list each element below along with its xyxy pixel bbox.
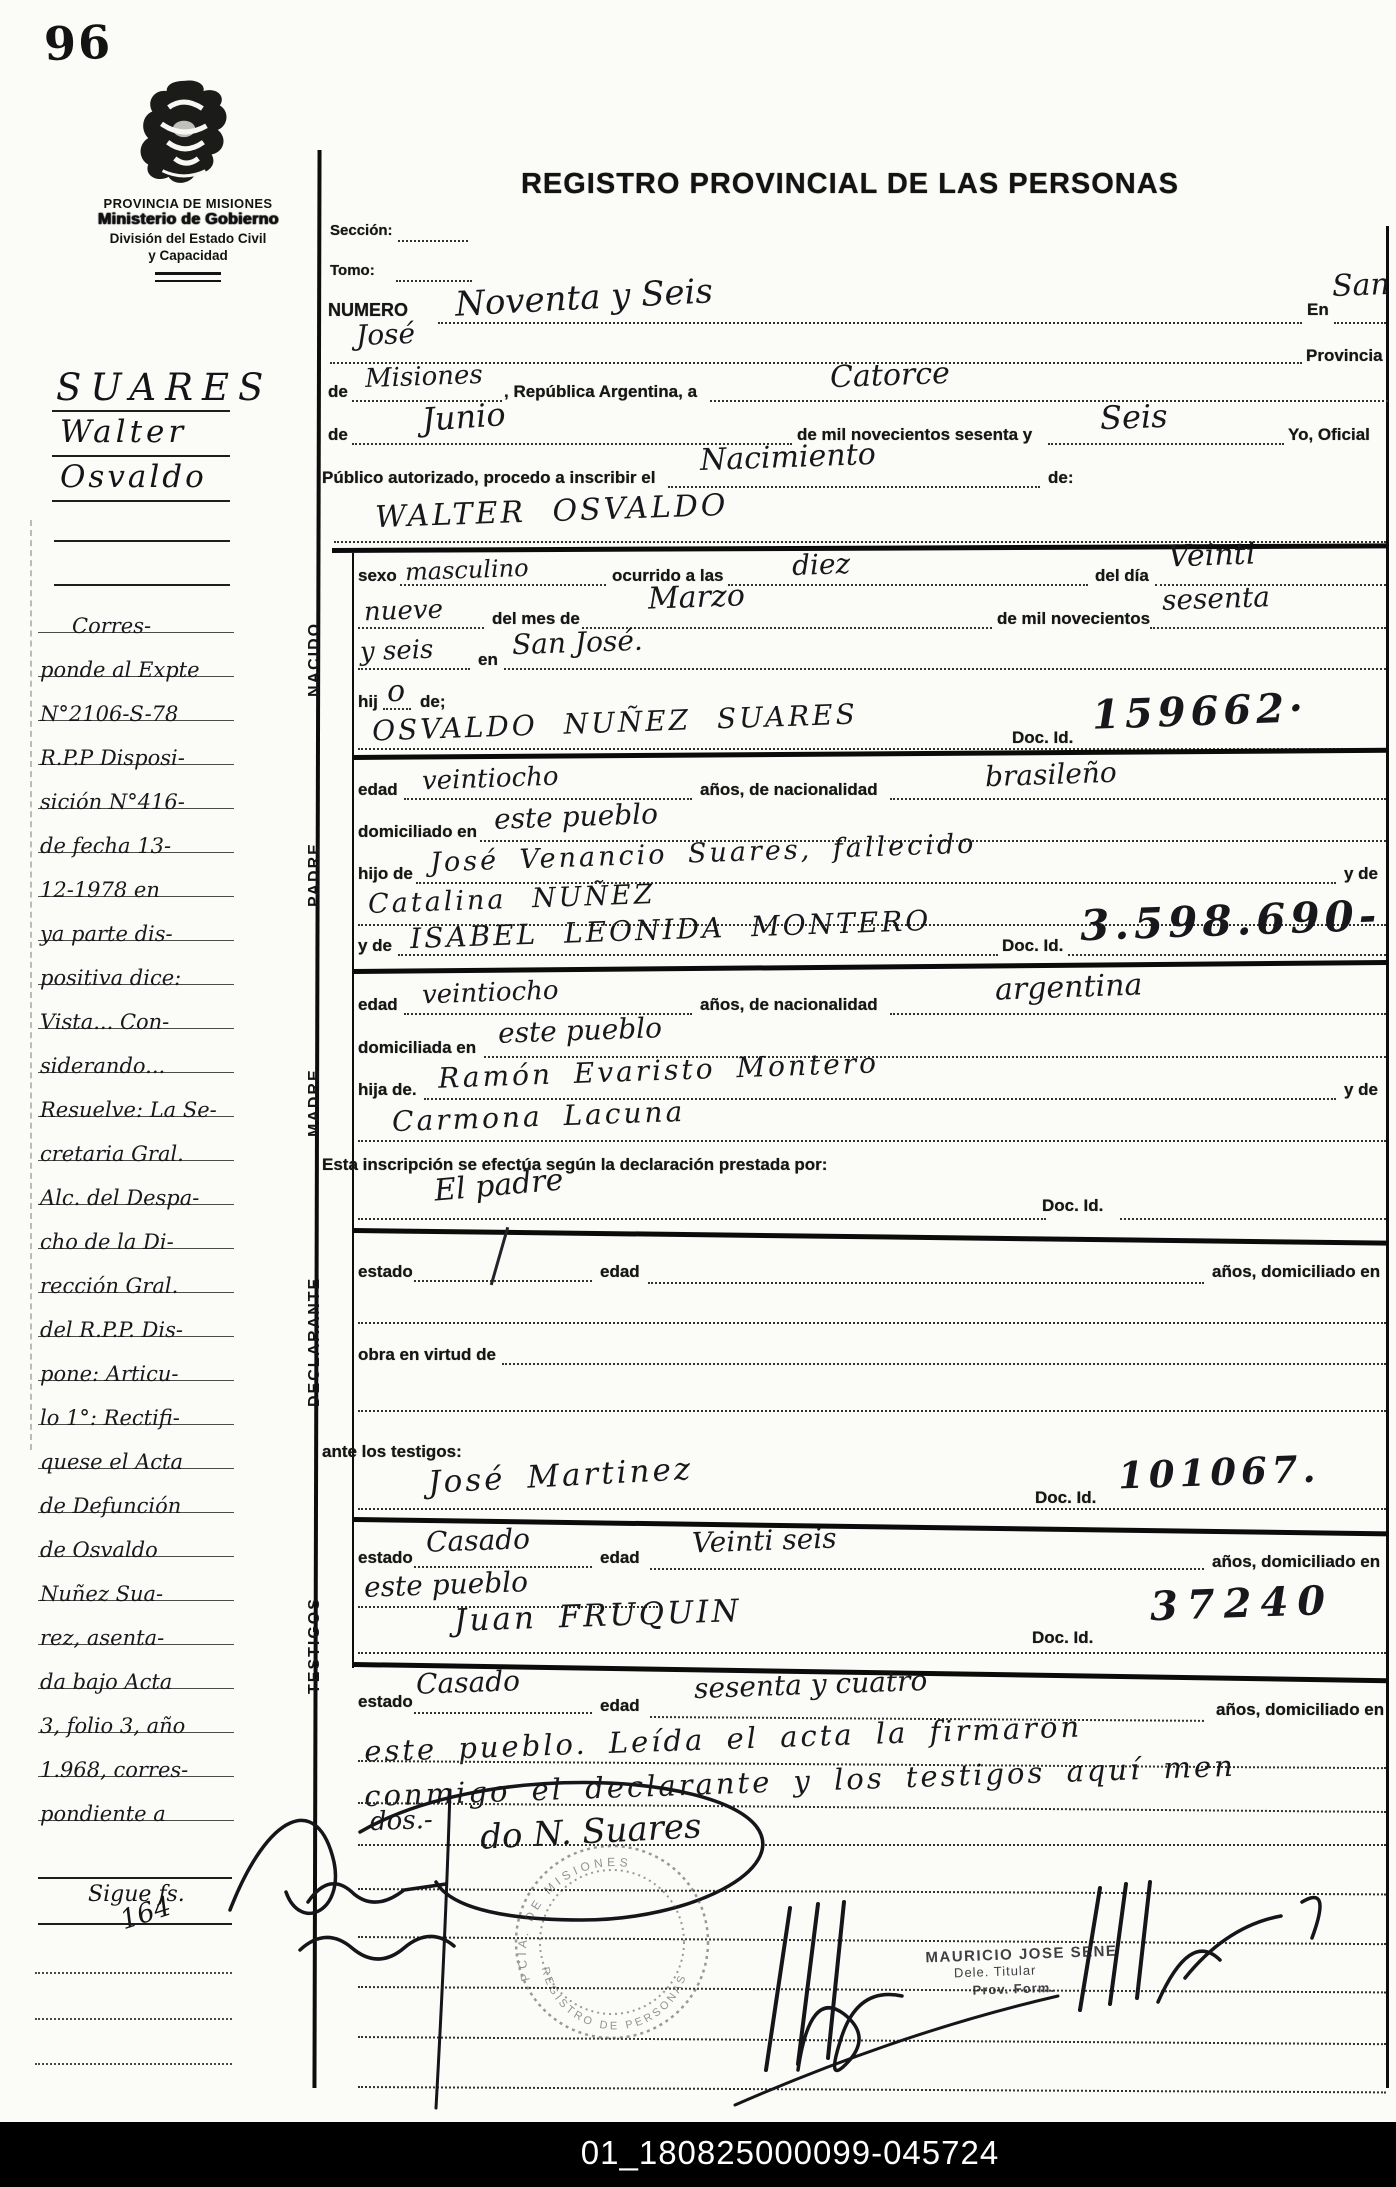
signatures-overlay: PCIA. DE MISIONES REGISTRO DE PERSONAS [150, 1770, 1396, 2120]
inscripto-name: WALTER OSVALDO [374, 488, 729, 535]
pen-stroke [490, 1227, 509, 1285]
margin-name2: Osvaldo [60, 459, 207, 495]
testigo1-estado: Casado [425, 1522, 530, 1559]
dotted-line [890, 798, 1386, 800]
dotted-line [650, 1568, 1204, 1570]
margin-underline [52, 410, 230, 412]
testigo2-nombre: Juan FRUQUIN [453, 1593, 742, 1639]
edad-label: edad [358, 780, 398, 800]
madre-y-de: Carmona Lacuna [392, 1095, 686, 1138]
margin-note-line: 1.968, corres- [38, 1732, 234, 1777]
letterhead-line3: División del Estado Civil [62, 231, 314, 246]
margin-underline [52, 500, 230, 502]
margin-note-line: pone: Articu- [38, 1336, 234, 1381]
dotted-line [358, 1322, 1386, 1324]
dotted-line [728, 584, 1088, 586]
sexo-label: sexo [358, 566, 397, 586]
provincial-seal-icon [138, 78, 230, 190]
dotted-line [414, 1280, 592, 1282]
edad-label: edad [600, 1262, 640, 1282]
domiciliada-label: domiciliada en [358, 1038, 476, 1058]
hijo-de-label: hijo de [358, 864, 413, 884]
sexo-value: masculino [405, 554, 529, 586]
edad-label: edad [358, 995, 398, 1015]
padre-y-de: Catalina NUÑEZ [368, 879, 656, 920]
en-min-label: en [478, 650, 498, 670]
testigo1-nombre: José Martinez [427, 1451, 694, 1501]
padre-nacionalidad: brasileño [984, 756, 1117, 794]
margin-note-line: quese el Acta [38, 1424, 234, 1469]
round-seal-icon: PCIA. DE MISIONES REGISTRO DE PERSONAS [515, 1846, 708, 2038]
yo-oficial-label: Yo, Oficial [1288, 425, 1370, 445]
margin-guide-line [30, 520, 34, 1450]
dotted-line [502, 1363, 1386, 1365]
margin-note-line: rez, asenta- [38, 1600, 234, 1645]
madre-edad: veintiocho [422, 976, 559, 1011]
republica-label: , República Argentina, a [504, 382, 697, 402]
madre-nacionalidad: argentina [994, 967, 1143, 1007]
y-de-label: y de [1344, 864, 1378, 884]
dotted-line [1150, 627, 1386, 629]
anos-dom-label: años, domiciliado en [1212, 1552, 1380, 1572]
place-value-1: San [1331, 267, 1390, 304]
margin-rule [54, 540, 230, 542]
scan-code-bar: 01_180825000099-045724 [0, 2122, 1396, 2187]
letterhead-line1: PROVINCIA DE MISIONES [62, 196, 314, 211]
place-value-2: José [355, 317, 415, 352]
margin-note-line: Corres- [38, 588, 234, 633]
margin-dotted-line [35, 2018, 232, 2020]
margin-note-line: N°2106-S-78 [38, 676, 234, 721]
doc-id-label: Doc. Id. [1012, 728, 1073, 748]
page-number: 96 [43, 15, 113, 71]
official-stamp: MAURICIO JOSE SENE Dele. Titular Prov. F… [925, 1943, 1119, 2000]
dotted-line [582, 627, 992, 629]
anos-dom-label: años, domiciliado en [1216, 1700, 1384, 1720]
margin-note-line: ponde al Expte [38, 632, 234, 677]
section-divider [354, 960, 1388, 974]
de-label: de [328, 425, 348, 445]
margin-rule [54, 584, 230, 586]
testigo2-edad: sesenta y cuatro [693, 1664, 927, 1705]
dotted-line [1048, 443, 1284, 445]
letterhead: PROVINCIA DE MISIONES Ministerio de Gobi… [62, 196, 314, 282]
madre-hija-de: Ramón Evaristo Montero [438, 1046, 880, 1094]
y-de-label: y de [358, 936, 392, 956]
dia-nac-2: nueve [364, 595, 444, 628]
dotted-line [358, 1508, 1386, 1510]
doc-id-label: Doc. Id. [1042, 1196, 1103, 1216]
section-label-madre: MADRE [306, 1068, 324, 1137]
mes-value: Junio [421, 395, 507, 439]
dotted-line [358, 1218, 1046, 1220]
tomo-label: Tomo: [330, 262, 375, 279]
mil-nov-label: de mil novecientos [997, 609, 1150, 629]
letterhead-line2: Ministerio de Gobierno [62, 211, 314, 229]
lugar-nac-value: San José. [511, 624, 643, 662]
margin-note-line: Vista... Con- [38, 984, 234, 1029]
doc-id-label: Doc. Id. [1002, 936, 1063, 956]
doc-id-label: Doc. Id. [1035, 1488, 1096, 1508]
margin-note-line: de fecha 13- [38, 808, 234, 853]
padre-domicilio: este pueblo [493, 797, 658, 836]
anos-dom-label: años, domiciliado en [1212, 1262, 1380, 1282]
margin-rule [38, 1923, 232, 1925]
margin-note-line: positiva dice: [38, 940, 234, 985]
margin-note-line: de Defunción [38, 1468, 234, 1513]
margin-note-line: da bajo Acta [38, 1644, 234, 1689]
margin-note-line: Nuñez Sua- [38, 1556, 234, 1601]
margin-note-line: 3, folio 3, año [38, 1688, 234, 1733]
margin-dotted-line [35, 1972, 232, 1974]
dotted-line [1120, 1218, 1386, 1220]
scan-code: 01_180825000099-045724 [0, 2134, 1396, 2172]
madre-domicilio: este pueblo [497, 1011, 662, 1050]
dotted-line [1068, 954, 1386, 956]
section-label-declarante: DECLARANTE [306, 1277, 324, 1407]
dotted-line [710, 400, 1388, 402]
dotted-line [504, 668, 1386, 670]
testigo2-doc: 37240 [1149, 1577, 1335, 1630]
dotted-line [358, 668, 470, 670]
margin-rule [38, 1877, 232, 1879]
en-label: En [1307, 300, 1329, 320]
testigo1-domicilio: este pueblo [363, 1565, 528, 1604]
estado-label: estado [358, 1262, 413, 1282]
margin-note-line: 12-1978 en [38, 852, 234, 897]
doc-id-label: Doc. Id. [1032, 1628, 1093, 1648]
margin-name1: Walter [60, 414, 187, 450]
dotted-line [358, 627, 484, 629]
margin-note-line: siderando... [38, 1028, 234, 1073]
dia-value: Catorce [829, 356, 950, 395]
dotted-line [396, 280, 472, 282]
acto-value: Nacimiento [699, 437, 876, 478]
padre-doc: 159662· [1091, 684, 1308, 739]
margin-note-line: R.P.P Disposi- [38, 720, 234, 765]
hijo-o-value: o [386, 674, 405, 710]
dotted-line [890, 1013, 1386, 1015]
dotted-line [438, 322, 1302, 324]
margin-note-line: cho de la Di- [38, 1204, 234, 1249]
seccion-label: Sección: [330, 222, 393, 239]
de-dos-label: de: [1048, 468, 1074, 488]
margin-note-line: cretaria Gral. [38, 1116, 234, 1161]
margin-note-line: ya parte dis- [38, 896, 234, 941]
document-title: REGISTRO PROVINCIAL DE LAS PERSONAS [520, 168, 1180, 201]
publico-label: Público autorizado, procedo a inscribir … [322, 468, 655, 488]
margin-note-line: Resuelve: La Se- [38, 1072, 234, 1117]
del-dia-label: del día [1095, 566, 1149, 586]
y-de-label: y de [1344, 1080, 1378, 1100]
madre-doc: 3.598.690- [1079, 891, 1382, 950]
margin-dotted-line [35, 2063, 232, 2065]
hija-de-label: hija de. [358, 1080, 417, 1100]
numero-value: Noventa y Seis [454, 271, 714, 324]
edad-label: edad [600, 1696, 640, 1716]
hora-value: diez [791, 547, 850, 582]
anio-nac-2: y seis [359, 635, 433, 668]
inscripcion-label: Esta inscripción se efectúa según la dec… [322, 1155, 827, 1175]
padre-edad: veintiocho [422, 762, 559, 797]
dotted-line [358, 1140, 1386, 1142]
ante-testigos-label: ante los testigos: [322, 1442, 462, 1462]
anio-value: Seis [1099, 397, 1168, 437]
letterhead-divider [155, 272, 221, 282]
dotted-line [414, 1712, 592, 1714]
section-label-padre: PADRE [306, 842, 324, 907]
provincia-value: Misiones [365, 360, 484, 394]
letterhead-line4: y Capacidad [62, 248, 314, 263]
dotted-line [398, 240, 468, 242]
hij-label: hij [358, 692, 378, 712]
margin-underline [52, 455, 230, 457]
de-pc-label: de; [420, 692, 446, 712]
nacionalidad-label: años, de nacionalidad [700, 780, 878, 800]
provincia-label: Provincia [1306, 346, 1383, 366]
testigo2-estado: Casado [415, 1664, 520, 1701]
de-label: de [328, 382, 348, 402]
estado-label: estado [358, 1692, 413, 1712]
margin-note-line: Alc. del Despa- [38, 1160, 234, 1205]
testigo1-edad: Veinti seis [691, 1521, 837, 1559]
dia-nac-1: Veinti [1167, 536, 1255, 574]
estado-label: estado [358, 1548, 413, 1568]
dotted-line [358, 1652, 1386, 1654]
section-label-nacido: NACIDO [306, 622, 324, 697]
margin-note-line: rección Gral. [38, 1248, 234, 1293]
testigo1-doc: 101067. [1117, 1446, 1321, 1497]
nacionalidad-label: años, de nacionalidad [700, 995, 878, 1015]
dotted-line [648, 1282, 1204, 1284]
margin-surname: SUARES [56, 366, 272, 409]
section-strip-line [352, 553, 354, 1668]
domiciliado-label: domiciliado en [358, 822, 477, 842]
dotted-line [1334, 322, 1386, 324]
margin-note-line: lo 1°: Rectifi- [38, 1380, 234, 1425]
margin-note-line: del R.P.P. Dis- [38, 1292, 234, 1337]
margin-note-line: sición N°416- [38, 764, 234, 809]
mes-nac-value: Marzo [647, 578, 745, 616]
section-divider [354, 1228, 1388, 1245]
edad-label: edad [600, 1548, 640, 1568]
dotted-line [398, 954, 998, 956]
obra-label: obra en virtud de [358, 1345, 496, 1365]
anio-nac-1: sesenta [1161, 580, 1270, 617]
dotted-line [358, 1410, 1386, 1412]
padre-hijo-de: José Venancio Suares, fallecido [430, 828, 977, 878]
margin-note-line: de Osvaldo [38, 1512, 234, 1557]
section-label-testigos: TESTIGOS [306, 1597, 324, 1694]
scanned-birth-certificate: 96 PROVINCIA DE MISIONES Ministerio de G… [0, 0, 1396, 2187]
margin-note-line: pondiente a [38, 1776, 234, 1821]
